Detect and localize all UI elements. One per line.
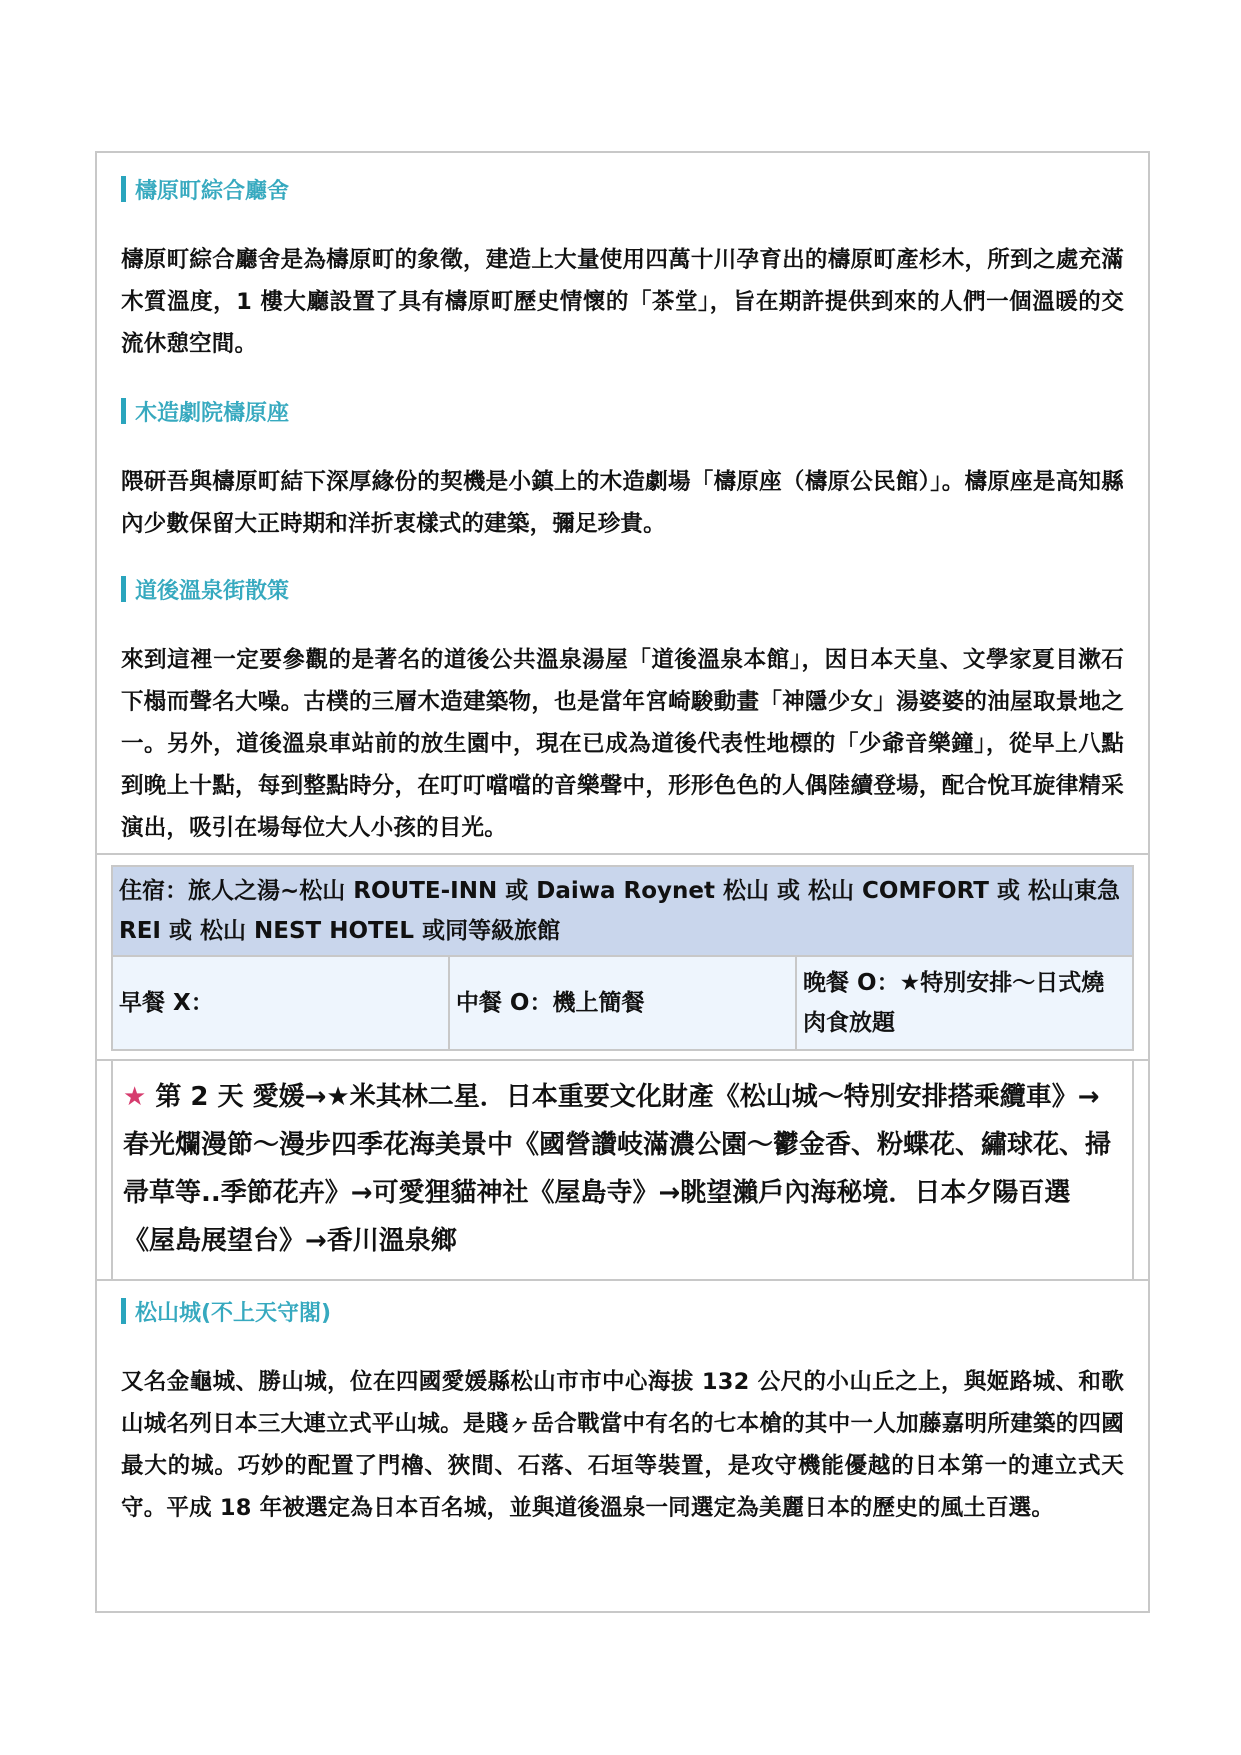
meals-row: 早餐 X： 中餐 O：機上簡餐 晚餐 O：★特別安排～日式燒肉食放題 [112, 956, 1133, 1050]
dinner-cell: 晚餐 O：★特別安排～日式燒肉食放題 [796, 956, 1133, 1050]
day-2-title: 第 2 天 愛媛→★米其林二星．日本重要文化財產《松山城～特別安排搭乘纜車》→春… [123, 1082, 1111, 1256]
day-2-box: ★ 第 2 天 愛媛→★米其林二星．日本重要文化財產《松山城～特別安排搭乘纜車》… [95, 1059, 1150, 1279]
section-body: 來到這裡一定要參觀的是著名的道後公共溫泉湯屋「道後溫泉本館」，因日本天皇、文學家… [121, 639, 1124, 849]
accommodation-meals-table: 住宿：旅人之湯~松山 ROUTE-INN 或 Daiwa Roynet 松山 或… [111, 865, 1134, 1051]
section-title: 松山城(不上天守閣) [135, 1296, 331, 1327]
section-matsuyama-castle: 松山城(不上天守閣) 又名金龜城、勝山城，位在四國愛媛縣松山市市中心海拔 132… [97, 1281, 1148, 1529]
section-heading: 檮原町綜合廳舍 [121, 173, 1124, 205]
section-body: 檮原町綜合廳舍是為檮原町的象徵，建造上大量使用四萬十川孕育出的檮原町產杉木，所到… [121, 239, 1124, 365]
section-heading: 道後溫泉街散策 [121, 573, 1124, 605]
attractions-box: 檮原町綜合廳舍 檮原町綜合廳舍是為檮原町的象徵，建造上大量使用四萬十川孕育出的檮… [95, 151, 1150, 853]
section-dogo-onsen: 道後溫泉街散策 來到這裡一定要參觀的是著名的道後公共溫泉湯屋「道後溫泉本館」，因… [97, 545, 1148, 849]
section-heading: 木造劇院檮原座 [121, 395, 1124, 427]
accommodation-row: 住宿：旅人之湯~松山 ROUTE-INN 或 Daiwa Roynet 松山 或… [112, 866, 1133, 956]
castle-box: 松山城(不上天守閣) 又名金龜城、勝山城，位在四國愛媛縣松山市市中心海拔 132… [95, 1279, 1150, 1613]
itinerary-page: 檮原町綜合廳舍 檮原町綜合廳舍是為檮原町的象徵，建造上大量使用四萬十川孕育出的檮… [95, 151, 1150, 1613]
heading-bar-icon [121, 176, 126, 202]
section-body: 又名金龜城、勝山城，位在四國愛媛縣松山市市中心海拔 132 公尺的小山丘之上，與… [121, 1361, 1124, 1529]
day-2-heading: ★ 第 2 天 愛媛→★米其林二星．日本重要文化財產《松山城～特別安排搭乘纜車》… [111, 1061, 1134, 1279]
section-yusuhara-za: 木造劇院檮原座 隈研吾與檮原町結下深厚緣份的契機是小鎮上的木造劇場「檮原座（檮原… [97, 365, 1148, 545]
heading-bar-icon [121, 398, 126, 424]
section-yusuhara-town-hall: 檮原町綜合廳舍 檮原町綜合廳舍是為檮原町的象徵，建造上大量使用四萬十川孕育出的檮… [97, 153, 1148, 365]
accommodation-meals-box: 住宿：旅人之湯~松山 ROUTE-INN 或 Daiwa Roynet 松山 或… [95, 853, 1150, 1059]
section-title: 木造劇院檮原座 [135, 396, 289, 427]
lunch-cell: 中餐 O：機上簡餐 [449, 956, 796, 1050]
section-title: 檮原町綜合廳舍 [135, 174, 289, 205]
star-icon: ★ [123, 1082, 146, 1112]
section-title: 道後溫泉街散策 [135, 574, 289, 605]
heading-bar-icon [121, 1298, 126, 1324]
section-body: 隈研吾與檮原町結下深厚緣份的契機是小鎮上的木造劇場「檮原座（檮原公民館）」。檮原… [121, 461, 1124, 545]
accommodation-cell: 住宿：旅人之湯~松山 ROUTE-INN 或 Daiwa Roynet 松山 或… [112, 866, 1133, 956]
breakfast-cell: 早餐 X： [112, 956, 449, 1050]
heading-bar-icon [121, 576, 126, 602]
section-heading: 松山城(不上天守閣) [121, 1295, 1124, 1327]
